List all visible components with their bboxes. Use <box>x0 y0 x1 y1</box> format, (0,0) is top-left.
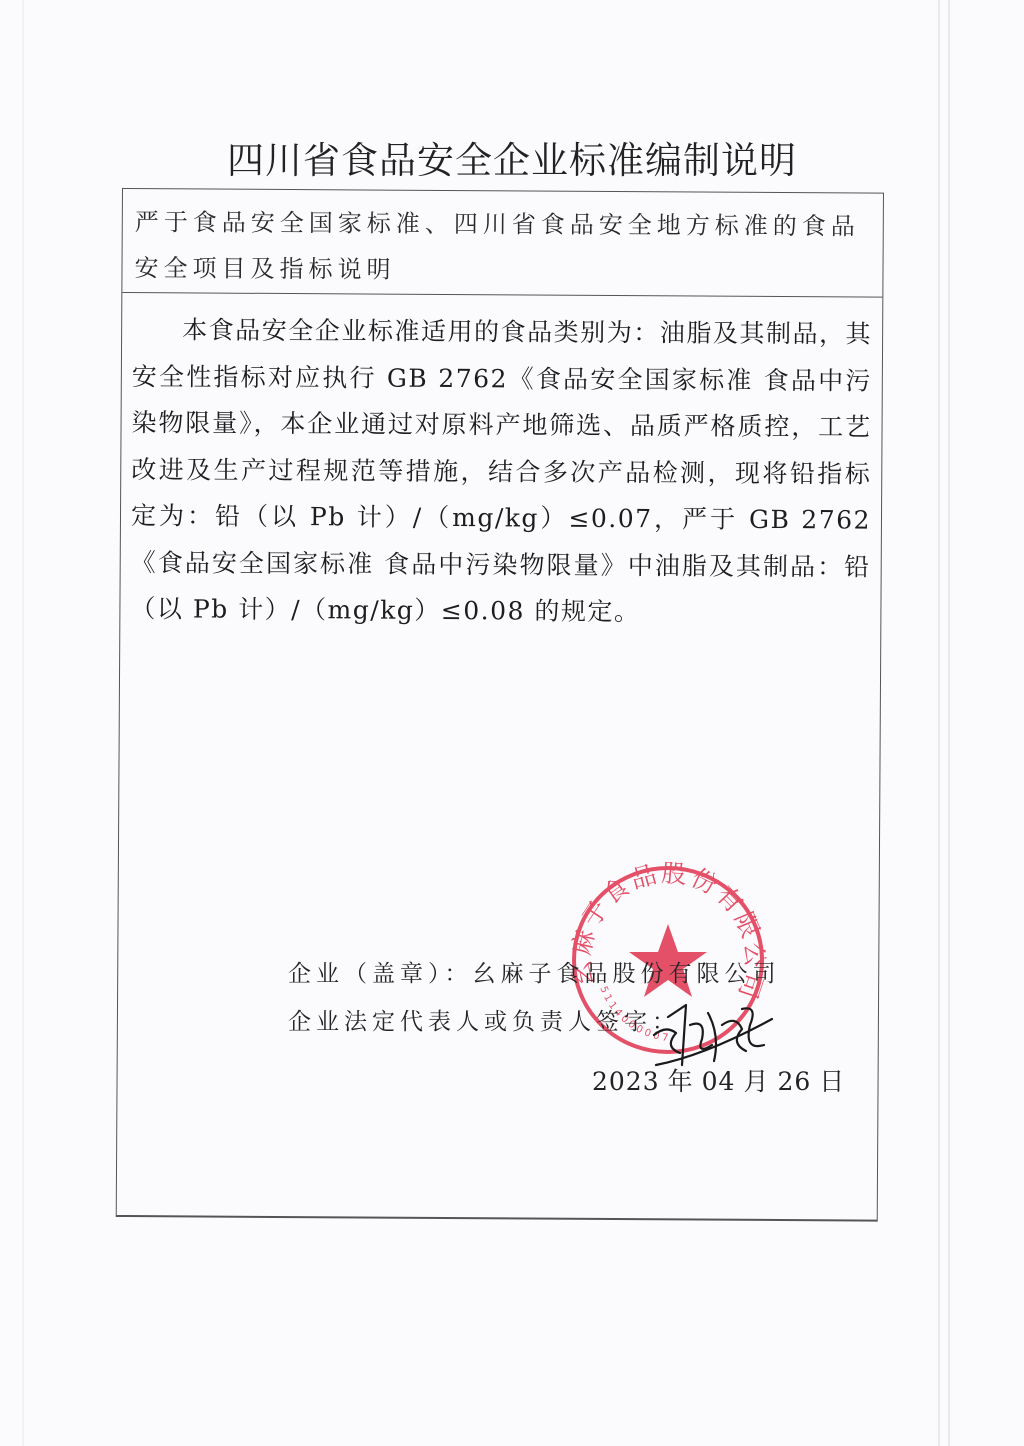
signing-date: 2023年04月26日 <box>592 1062 853 1098</box>
scan-artifact <box>948 0 950 1446</box>
scan-artifact <box>938 0 940 1446</box>
company-seal-line: 企业（盖章）：幺麻子食品股份有限公司 <box>288 950 848 998</box>
date-day-unit: 日 <box>819 1067 845 1096</box>
company-name: 幺麻子食品股份有限公司 <box>473 961 781 987</box>
scan-artifact <box>22 0 24 1446</box>
header-cell-text: 严于食品安全国家标准、四川省食品安全地方标准的食品安全项目及指标说明 <box>134 199 875 296</box>
company-label: 企业（盖章）： <box>288 961 473 987</box>
table-header-cell: 严于食品安全国家标准、四川省食品安全地方标准的食品安全项目及指标说明 <box>122 189 883 298</box>
date-year: 2023 <box>592 1067 660 1096</box>
date-month: 04 <box>702 1067 736 1096</box>
date-year-unit: 年 <box>668 1067 694 1096</box>
representative-label: 企业法定代表人或负责人签字： <box>288 1009 680 1035</box>
table-body-cell: 本食品安全企业标准适用的食品类别为：油脂及其制品，其安全性指标对应执行 GB 2… <box>120 293 882 637</box>
date-month-unit: 月 <box>743 1067 769 1096</box>
document-title: 四川省食品安全企业标准编制说明 <box>0 130 1024 184</box>
date-day: 26 <box>777 1067 811 1096</box>
body-paragraph: 本食品安全企业标准适用的食品类别为：油脂及其制品，其安全性指标对应执行 GB 2… <box>130 307 872 637</box>
